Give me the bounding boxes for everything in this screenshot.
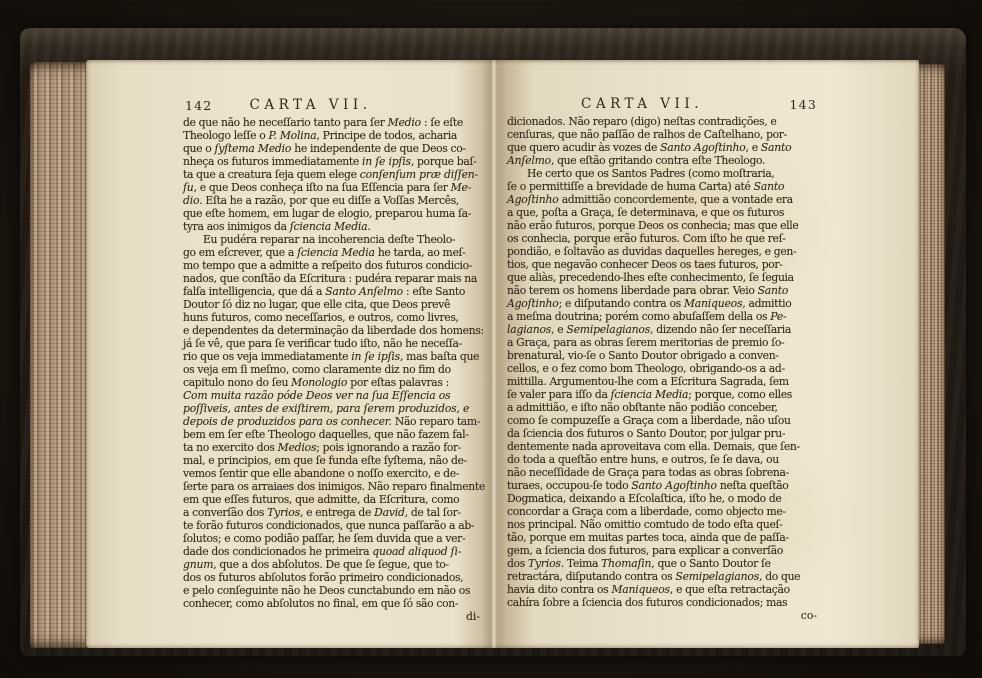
- text-line: os veja em ſi meſmo, como claramente diz…: [183, 363, 480, 376]
- text-line: ta que a creatura ſeja quem elege conſen…: [183, 168, 480, 181]
- text-line: não neceſſidade de Graça para todas as o…: [507, 466, 817, 479]
- right-page-number: 143: [790, 97, 817, 112]
- left-page-catchword: di-: [183, 610, 516, 623]
- text-line: Com muita razão póde Deos ver na ſua Eſſ…: [183, 389, 480, 402]
- text-line: concordar a Graça com a liberdade, como …: [507, 505, 817, 518]
- text-line: pondião, e ſoltavão as duvidas daquelles…: [507, 245, 817, 258]
- right-page-header: 143 CARTA VII.: [507, 96, 817, 114]
- text-line: não erão futuros, porque Deos os conheci…: [507, 219, 817, 232]
- text-line: dio. Eſta he a razão, por que eu diſſe a…: [183, 194, 480, 207]
- text-line: que quero acudir às vozes de Santo Agoſt…: [507, 141, 817, 154]
- text-line: já ſe vê, que para ſe verificar tudo iſt…: [183, 337, 480, 350]
- text-line: dade dos condicionados he primeira quoad…: [183, 545, 480, 558]
- text-line: de que não he neceſſario tanto para ſer …: [183, 116, 480, 129]
- page-edge-stack-right: [918, 64, 945, 644]
- text-line: a que, poſta a Graça, ſe determinava, e …: [507, 206, 817, 219]
- text-line: ſe valer para iſſo da ſciencia Media; po…: [507, 388, 817, 401]
- text-line: retractára, diſputando contra os Semipel…: [507, 570, 817, 583]
- text-line: gem, a ſciencia dos futuros, para explic…: [507, 544, 817, 557]
- page-edge-stack-left: [30, 62, 87, 648]
- left-running-title: CARTA VII.: [183, 97, 438, 113]
- text-line: Doutor ſó diz no lugar, que elle cita, q…: [183, 298, 480, 311]
- text-line: tyra aos inimigos da ſciencia Media.: [183, 220, 480, 233]
- text-line: ta no exercito dos Medios; pois ignorand…: [183, 441, 480, 454]
- text-line: e dependentes da determinação da liberda…: [183, 324, 480, 337]
- text-line: do toda a queſtão entre huns, e outros, …: [507, 453, 817, 466]
- text-line: dos os futuros abſolutos forão primeiro …: [183, 571, 480, 584]
- left-page-text-block: de que não he neceſſario tanto para ſer …: [183, 116, 480, 610]
- text-line: Theologo leſſe o P. Molina, Principe de …: [183, 129, 480, 142]
- text-line: cenſuras, que não paſſão de ralhos de Ca…: [507, 128, 817, 141]
- text-line: a admittião, e iſto não obſtante não pod…: [507, 401, 817, 414]
- text-line: em que eſſes futuros, que admitte, da Eſ…: [183, 493, 480, 506]
- text-line: rio que os veja immediatamente in ſe ipſ…: [183, 350, 480, 363]
- text-line: bem em ſer eſte Theologo daquelles, que …: [183, 428, 480, 441]
- text-line: ſerte para os arraiaes dos inimigos. Não…: [183, 480, 480, 493]
- text-line: não terem os homens liberdade para obrar…: [507, 284, 817, 297]
- text-line: que o ſyſtema Medio he independente de q…: [183, 142, 480, 155]
- text-line: que aliàs, precedendo-lhes eſte conhecim…: [507, 271, 817, 284]
- text-line: da ſciencia dos futuros o Santo Doutor, …: [507, 427, 817, 440]
- text-line: cahíra ſobre a ſciencia dos futuros cond…: [507, 596, 817, 609]
- text-line: a converſão dos Tyrios, e entrega de Dav…: [183, 506, 480, 519]
- text-line: Agoſtinho admittião concordemente, que a…: [507, 193, 817, 206]
- right-running-title: CARTA VII.: [507, 96, 777, 112]
- text-line: nados, que conſtão da Eſcritura : pudéra…: [183, 272, 480, 285]
- text-line: Eu pudéra reparar na incoherencia deſte …: [183, 233, 480, 246]
- left-page-number: 142: [185, 98, 212, 113]
- text-line: depois de produzidos para os conhecer. N…: [183, 415, 480, 428]
- text-line: lagianos, e Semipelagianos, dizendo não …: [507, 323, 817, 336]
- text-line: tão, porque em muitas partes toca, ainda…: [507, 531, 817, 544]
- text-line: como ſe compuzeſſe a Graça com a liberda…: [507, 414, 817, 427]
- text-line: falſa intelligencia, que dá a Santo Anſe…: [183, 285, 480, 298]
- right-page-text-block: dicionados. Não reparo (digo) neſtas con…: [507, 115, 817, 609]
- text-line: mo tempo que a admitte a reſpeito dos fu…: [183, 259, 480, 272]
- book-photo-scene: 142 CARTA VII. de que não he neceſſario …: [0, 0, 982, 678]
- text-line: capitulo nono do ſeu Monologio por eſtas…: [183, 376, 480, 389]
- text-line: ſolutos; e como podião paſſar, he ſem du…: [183, 532, 480, 545]
- text-line: tios, que negavão conhecer Deos os taes …: [507, 258, 817, 271]
- text-line: e pelo conſeguinte não he Deos cunctabun…: [183, 584, 480, 597]
- text-line: que eſte homem, em lugar de elogio, prep…: [183, 207, 480, 220]
- text-line: havia dito contra os Maniqueos, e que eſ…: [507, 583, 817, 596]
- text-line: gnum, que a dos abſolutos. De que ſe ſeg…: [183, 558, 480, 571]
- text-line: turaes, occupou-ſe todo Santo Agoſtinho …: [507, 479, 817, 492]
- text-line: mal, e principios, em que ſe funda eſte …: [183, 454, 480, 467]
- text-line: Dogmatica, deixando a Eſcolaſtica, iſto …: [507, 492, 817, 505]
- text-line: brenatural, vio-ſe o Santo Doutor obriga…: [507, 349, 817, 362]
- text-line: vemos ſentir que elle abandone o noſſo e…: [183, 467, 480, 480]
- text-line: dos Tyrios. Teima Thomaſin, que o Santo …: [507, 557, 817, 570]
- text-line: nheça os futuros immediatamente in ſe ip…: [183, 155, 480, 168]
- text-line: a meſma doutrina; porém como abuſaſſem d…: [507, 310, 817, 323]
- text-line: a Graça, para as obras ſerem meritorias …: [507, 336, 817, 349]
- text-line: dentemente nada aproveitava com ella. De…: [507, 440, 817, 453]
- text-line: He certo que os Santos Padres (como moſt…: [507, 167, 817, 180]
- text-line: te forão futuros condicionados, que nunc…: [183, 519, 480, 532]
- text-line: Agoſtinho; e diſputando contra os Maniqu…: [507, 297, 817, 310]
- text-line: poſſiveis, antes de exiſtirem, para ſere…: [183, 402, 480, 415]
- text-line: ſe o permittiſſe a brevidade de huma Car…: [507, 180, 817, 193]
- text-line: conhecer, como abſolutos no final, em qu…: [183, 597, 480, 610]
- right-page-catchword: co-: [507, 609, 861, 622]
- text-line: ſu, e que Deos conheça iſto na ſua Eſſen…: [183, 181, 480, 194]
- text-line: Anſelmo, que eſtão gritando contra eſte …: [507, 154, 817, 167]
- text-line: huns futuros, como neceſſarios, e outros…: [183, 311, 480, 324]
- text-line: os conhecia, porque erão futuros. Com iſ…: [507, 232, 817, 245]
- left-page-header: 142 CARTA VII.: [183, 97, 480, 115]
- text-line: dicionados. Não reparo (digo) neſtas con…: [507, 115, 817, 128]
- text-line: nos principal. Não omittio comtudo de to…: [507, 518, 817, 531]
- text-line: go em eſcrever, que a ſciencia Media he …: [183, 246, 480, 259]
- text-line: mittilla. Argumentou-lhe com a Eſcritura…: [507, 375, 817, 388]
- text-line: cellos, e o fez como bom Theologo, obrig…: [507, 362, 817, 375]
